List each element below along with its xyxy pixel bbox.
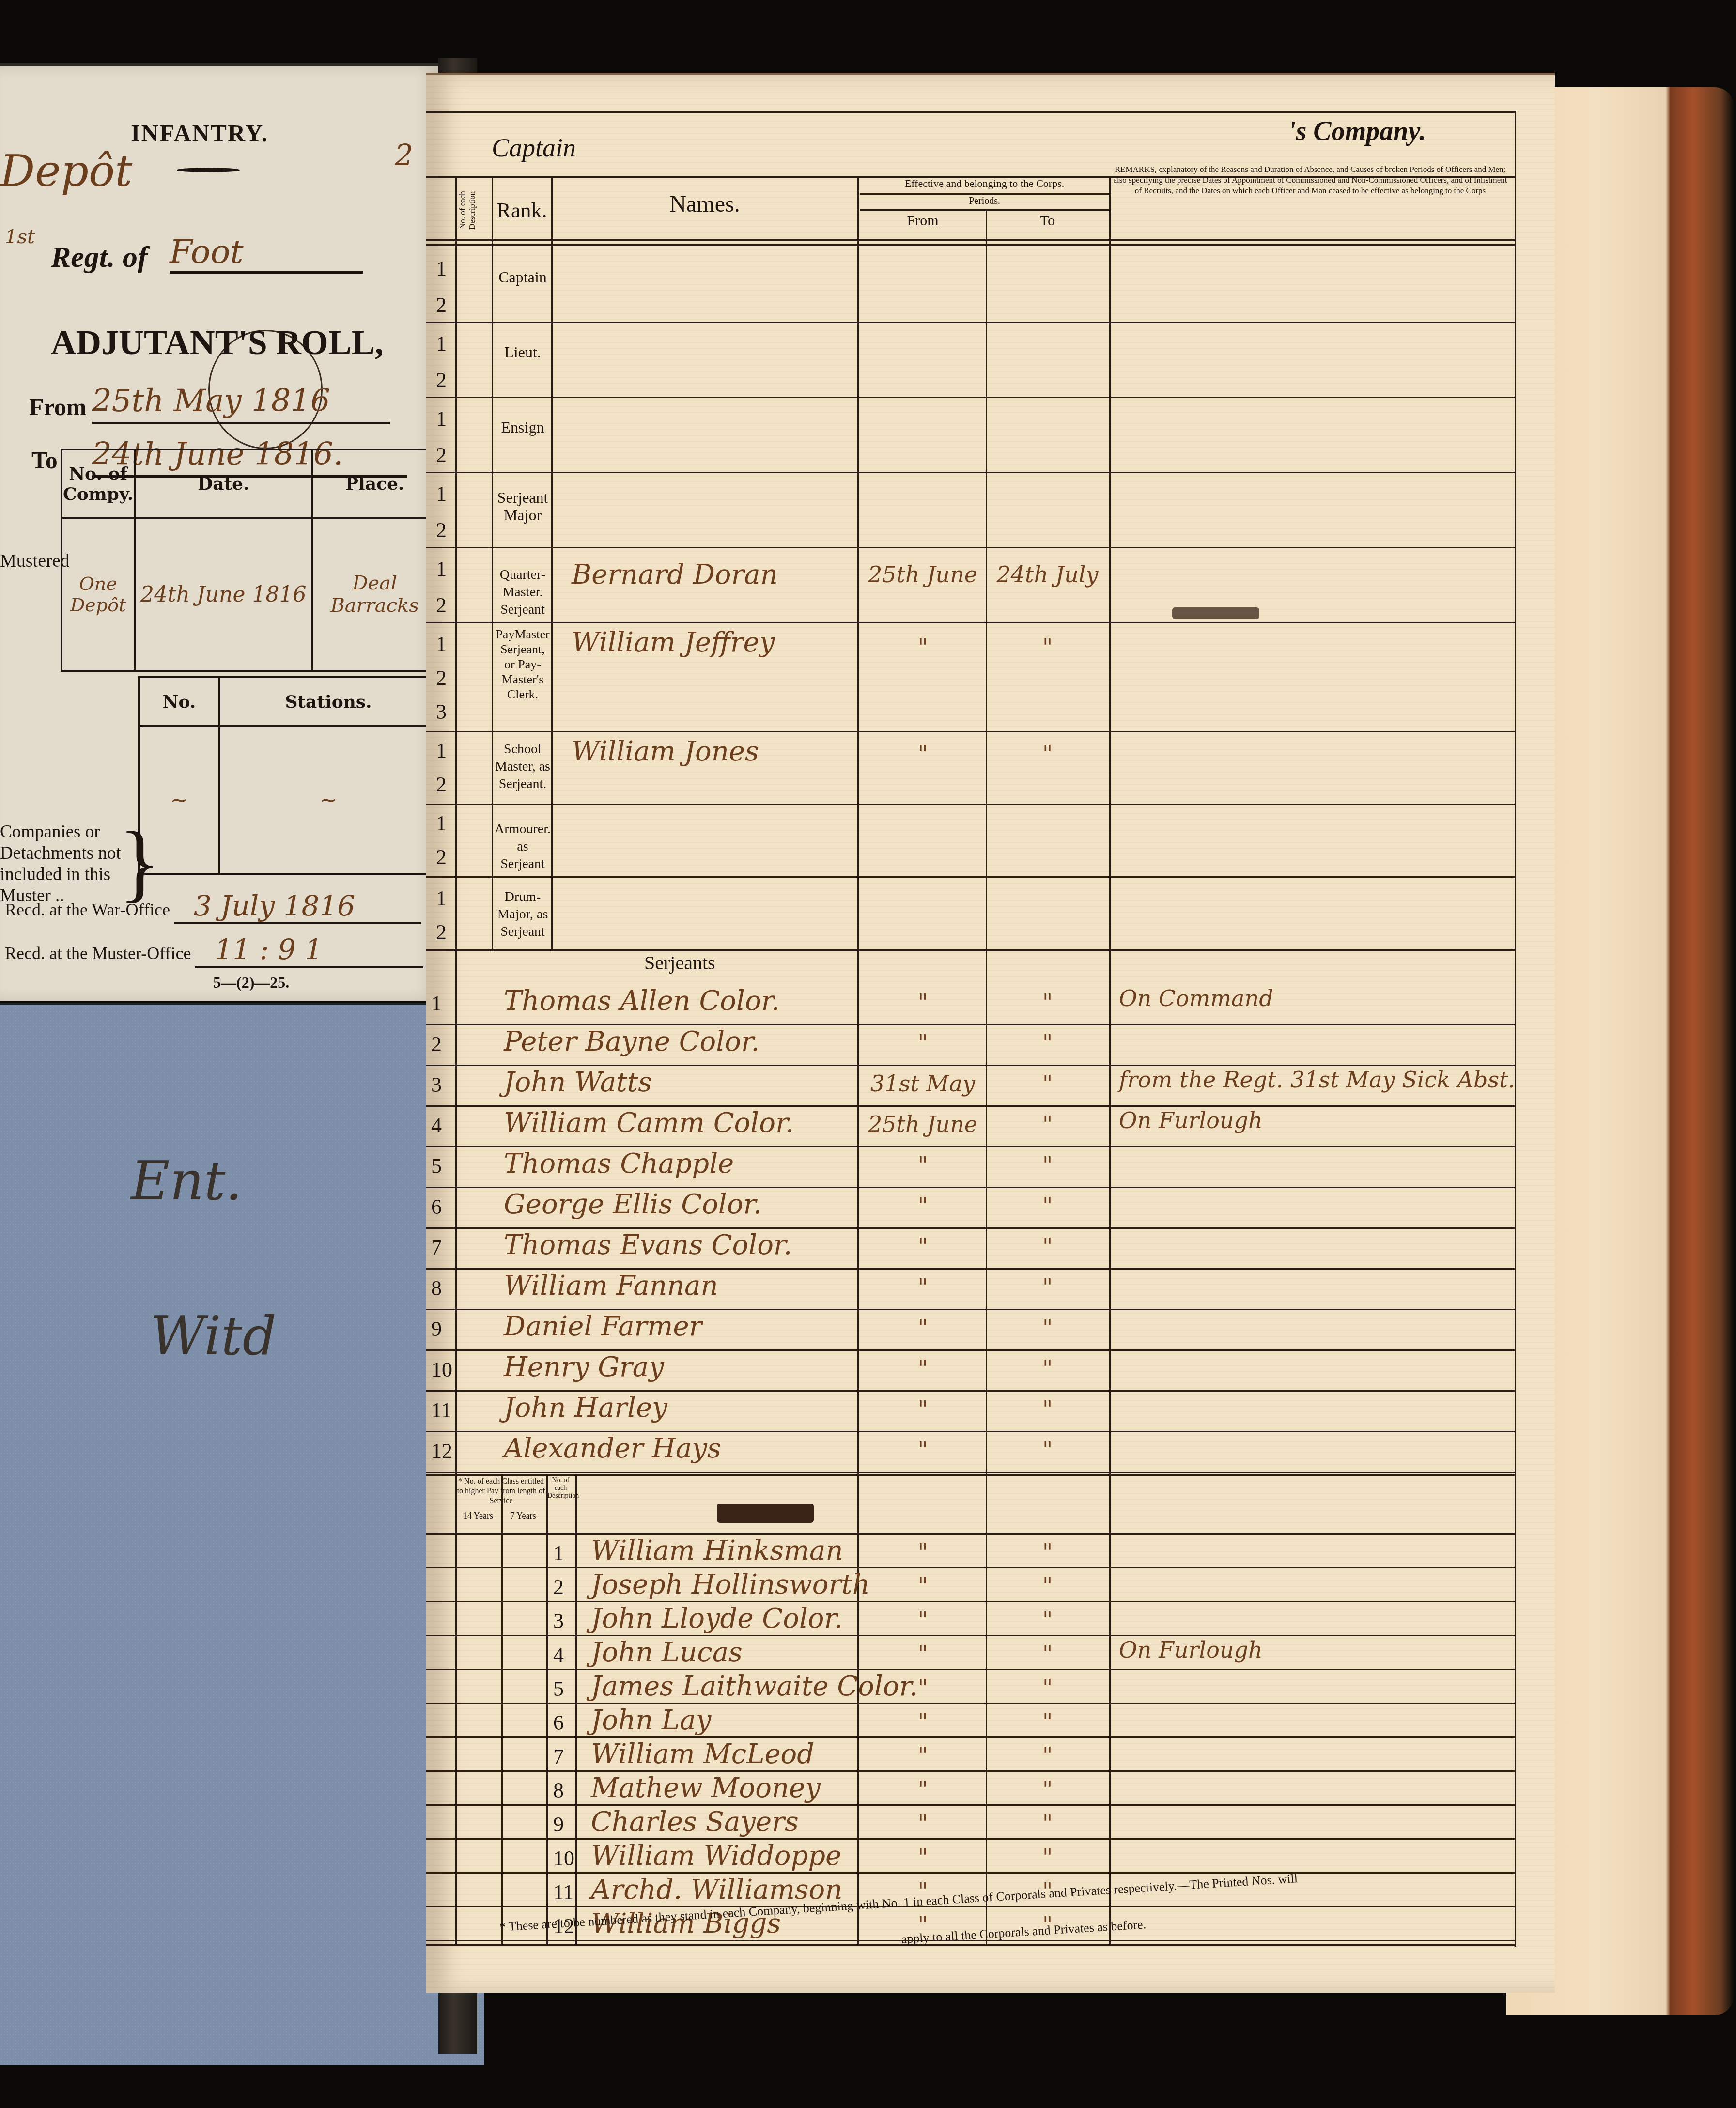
row-number: 4: [431, 1113, 442, 1138]
row-number: 12: [431, 1439, 452, 1463]
name-william-jones: William Jones: [572, 736, 759, 767]
regiment-number: 1st: [5, 226, 35, 248]
row-number: 1: [436, 331, 447, 356]
header-date: Date.: [135, 449, 312, 518]
header-stations: Stations.: [219, 677, 437, 726]
row-number: 6: [431, 1194, 442, 1219]
name-bernard-doran: Bernard Doran: [572, 559, 778, 590]
roll-row: 9Daniel Farmer"": [426, 1311, 1516, 1351]
regiment-value: Foot: [170, 233, 363, 274]
stations-table: No. Stations. ~ ~: [138, 676, 438, 875]
rule: [426, 622, 1516, 623]
row-number: 4: [553, 1643, 564, 1667]
header-no-each-description: No. of each Description: [547, 1477, 574, 1500]
to-date: ": [986, 1708, 1109, 1735]
rule: [426, 1390, 1516, 1392]
row-number: 11: [431, 1398, 451, 1423]
soldier-name: William Camm Color.: [504, 1107, 794, 1139]
from-date: ": [860, 1607, 986, 1633]
rule: [426, 1065, 1516, 1066]
to-date: 24th July: [986, 561, 1109, 588]
row-number: 1: [553, 1541, 564, 1565]
to-date: ": [986, 1233, 1109, 1259]
header-7-years: 7 Years: [501, 1511, 545, 1520]
depot-note: Depôt: [0, 146, 132, 197]
rule: [426, 949, 1516, 951]
from-date: ": [860, 989, 986, 1015]
regiment-label: Regt. of: [51, 240, 148, 275]
roll-row: 5James Laithwaite Color."": [426, 1671, 1516, 1705]
row-number: 2: [431, 1032, 442, 1056]
rank-ensign: Ensign: [494, 418, 551, 436]
rank-armourer: Armourer. as Serjeant: [494, 821, 551, 873]
row-number: 2: [436, 772, 447, 797]
header-place: Place.: [312, 449, 437, 518]
blue-note-ent: Ent.: [131, 1150, 242, 1212]
from-date-field: 25th May 1816: [92, 383, 390, 424]
roll-row: 9Charles Sayers"": [426, 1806, 1516, 1840]
from-date: ": [860, 1396, 986, 1422]
row-number: 6: [553, 1710, 564, 1735]
to-date: ": [986, 1539, 1109, 1565]
roll-row: 5Thomas Chapple"": [426, 1148, 1516, 1189]
rule: [426, 1349, 1516, 1351]
row-number: 3: [431, 1072, 442, 1097]
row-number: 9: [553, 1812, 564, 1837]
captain-label: Captain: [492, 133, 576, 163]
page-number: 2: [395, 139, 413, 172]
row-number: 1: [436, 406, 447, 431]
column-divider: [492, 176, 493, 951]
from-date: ": [860, 1641, 986, 1667]
company-roll-sheet: Captain 's Company. No. of each Descript…: [426, 73, 1555, 1993]
rank-quartermaster-serjeant: Quarter-Master. Serjeant: [494, 566, 551, 619]
from-date: ": [860, 1708, 986, 1735]
row-number: 2: [436, 443, 447, 467]
rule: [426, 111, 1516, 113]
from-date: ": [860, 1674, 986, 1701]
header-14-years: 14 Years: [456, 1511, 500, 1520]
header-to: To: [986, 213, 1109, 229]
from-date: ": [860, 1776, 986, 1802]
rule: [426, 731, 1516, 732]
from-date: ": [860, 741, 986, 767]
row-number: 2: [436, 518, 447, 542]
soldier-name: Mathew Mooney: [591, 1772, 821, 1804]
to-date: ": [986, 1641, 1109, 1667]
soldier-name: Peter Bayne Color.: [504, 1026, 759, 1057]
rank-captain: Captain: [494, 268, 551, 286]
to-date: ": [986, 1742, 1109, 1768]
rule: [426, 397, 1516, 398]
form-code: 5—(2)—25.: [213, 974, 289, 992]
row-number: 7: [431, 1235, 442, 1260]
to-date: ": [986, 1776, 1109, 1802]
header-no-of-each-description: No. of each Description: [458, 184, 487, 237]
from-date: ": [860, 1810, 986, 1836]
redacted-label: [717, 1503, 814, 1523]
row-number: 2: [436, 666, 447, 690]
to-date: ": [986, 1396, 1109, 1422]
rank-serjeant-major: Serjeant Major: [494, 489, 551, 524]
left-page: Depôt INFANTRY. 2 1st Regt. of Foot ADJU…: [0, 53, 446, 2063]
from-date: ": [860, 1315, 986, 1341]
rule: [426, 1472, 1516, 1473]
row-number: 2: [436, 593, 447, 618]
roll-row: 10William Widdoppe"": [426, 1840, 1516, 1874]
company-value: One Depôt: [62, 518, 135, 671]
rule: [426, 876, 1516, 878]
blue-cover-sheet: Ent. Witd: [0, 1003, 484, 2065]
from-date: ": [860, 1193, 986, 1219]
soldier-name: Daniel Farmer: [504, 1311, 702, 1342]
rank-paymaster-serjeant: PayMaster Serjeant, or Pay-Master's Cler…: [494, 627, 551, 702]
ornamental-rule: [177, 168, 240, 172]
column-divider: [551, 176, 553, 951]
rule: [426, 1804, 1516, 1806]
to-date: ": [986, 1030, 1109, 1056]
row-number: 11: [553, 1880, 573, 1905]
muster-date-value: 24th June 1816: [135, 518, 312, 671]
rule: [426, 472, 1516, 473]
soldier-name: Thomas Chapple: [504, 1148, 734, 1179]
row-number: 1: [436, 481, 447, 506]
from-date: 25th June: [860, 561, 986, 588]
from-date: ": [860, 1844, 986, 1870]
mustered-label: Mustered: [0, 550, 70, 572]
header-no: No.: [139, 677, 219, 726]
rule: [426, 1601, 1516, 1602]
rule: [426, 1669, 1516, 1670]
soldier-name: William Hinksman: [591, 1535, 843, 1566]
roll-row: 4John Lucas""On Furlough: [426, 1637, 1516, 1671]
rule: [426, 1838, 1516, 1840]
to-date: ": [986, 1070, 1109, 1097]
roll-row: 8William Fannan"": [426, 1270, 1516, 1311]
row-number: 8: [431, 1276, 442, 1301]
soldier-name: Henry Gray: [504, 1351, 664, 1383]
to-date: ": [986, 1573, 1109, 1599]
to-date: ": [986, 1810, 1109, 1836]
row-number: 5: [431, 1154, 442, 1178]
to-date: ": [986, 1274, 1109, 1300]
war-office-label: Recd. at the War-Office: [5, 900, 170, 919]
rank-drum-major: Drum-Major, as Serjeant: [494, 888, 551, 941]
soldier-name: John Watts: [504, 1067, 652, 1098]
ink-blot: [1172, 607, 1259, 619]
to-date: ": [986, 1315, 1109, 1341]
roll-row: 6John Lay"": [426, 1705, 1516, 1738]
rule: [426, 1533, 1516, 1534]
rule: [426, 1268, 1516, 1270]
rule: [426, 1105, 1516, 1107]
roll-row: 2Peter Bayne Color."": [426, 1026, 1516, 1067]
row-number: 7: [553, 1744, 564, 1769]
soldier-name: William McLeod: [591, 1738, 814, 1770]
to-date: ": [986, 634, 1109, 660]
rule: [426, 1146, 1516, 1147]
roll-row: 7Thomas Evans Color."": [426, 1229, 1516, 1270]
roll-row: 10Henry Gray"": [426, 1351, 1516, 1392]
row-number: 1: [436, 811, 447, 836]
rule: [426, 1431, 1516, 1432]
from-date: ": [860, 1437, 986, 1463]
muster-place-value: Deal Barracks: [312, 518, 437, 671]
soldier-name: Alexander Hays: [504, 1433, 721, 1464]
row-number: 10: [553, 1846, 574, 1871]
rule: [426, 1770, 1516, 1772]
roll-title: ADJUTANT'S ROLL,: [51, 323, 384, 363]
roll-row: 1Thomas Allen Color.""On Command: [426, 985, 1516, 1026]
remark: On Furlough: [1119, 1637, 1263, 1663]
remark: from the Regt. 31st May Sick Abst.: [1119, 1067, 1515, 1093]
roll-row: 6George Ellis Color."": [426, 1189, 1516, 1229]
soldier-name: William Widdoppe: [591, 1840, 841, 1872]
rule: [426, 1567, 1516, 1568]
from-date: ": [860, 1152, 986, 1178]
infantry-title: INFANTRY.: [131, 119, 268, 147]
muster-table: No. of Compy. Date. Place. One Depôt 24t…: [61, 449, 438, 672]
row-number: 2: [436, 920, 447, 945]
rule: [426, 1187, 1516, 1188]
stations-no-value: ~: [139, 726, 219, 874]
rule: [426, 1944, 1516, 1946]
right-page: Captain 's Company. No. of each Descript…: [426, 73, 1647, 2010]
to-date: ": [986, 1111, 1109, 1137]
muster-office-row: Recd. at the Muster-Office 11 : 9 1: [5, 933, 423, 968]
header-effective: Effective and belonging to the Corps.: [860, 177, 1109, 190]
from-date: ": [860, 1274, 986, 1300]
roll-row: 7William McLeod"": [426, 1738, 1516, 1772]
row-number: 2: [436, 845, 447, 869]
roll-row: 8Mathew Mooney"": [426, 1772, 1516, 1806]
rule: [426, 1227, 1516, 1229]
row-number: 1: [436, 738, 447, 763]
row-number: 10: [431, 1357, 452, 1382]
rule: [426, 322, 1516, 323]
rule: [426, 244, 1516, 246]
to-label: To: [31, 446, 58, 474]
from-date: ": [860, 634, 986, 660]
roll-row: 3John Watts31st May"from the Regt. 31st …: [426, 1067, 1516, 1107]
to-date: ": [986, 1193, 1109, 1219]
row-number: 9: [431, 1317, 442, 1341]
blue-note-witd: Witd: [150, 1305, 277, 1367]
roll-row: 3John Lloyde Color."": [426, 1603, 1516, 1637]
roll-row: 11John Harley"": [426, 1392, 1516, 1433]
rule: [426, 1872, 1516, 1874]
to-date: ": [986, 741, 1109, 767]
war-office-row: Recd. at the War-Office 3 July 1816: [5, 889, 421, 924]
from-label: From: [29, 393, 86, 421]
row-number: 3: [553, 1609, 564, 1633]
row-number: 1: [436, 256, 447, 281]
from-date: ": [860, 1233, 986, 1259]
rule: [426, 1474, 1516, 1476]
to-date: ": [986, 1674, 1109, 1701]
company-label: 's Company.: [1288, 116, 1426, 147]
rule: [426, 547, 1516, 548]
soldier-name: John Lloyde Color.: [591, 1603, 843, 1634]
to-date: ": [986, 1355, 1109, 1381]
roll-row: 4William Camm Color.25th June"On Furloug…: [426, 1107, 1516, 1148]
header-no-of-company: No. of Compy.: [62, 449, 135, 518]
rule: [860, 193, 1109, 195]
rule: [426, 1703, 1516, 1704]
soldier-name: John Lucas: [591, 1637, 743, 1668]
from-date: 31st May: [860, 1070, 986, 1097]
stations-value: ~: [219, 726, 437, 874]
rule: [426, 1736, 1516, 1738]
soldier-name: John Lay: [591, 1705, 711, 1736]
row-number: 5: [553, 1676, 564, 1701]
from-date: ": [860, 1030, 986, 1056]
from-date: 25th June: [860, 1111, 986, 1137]
rank-lieut: Lieut.: [494, 343, 551, 361]
header-rank: Rank.: [494, 198, 550, 223]
header-periods: Periods.: [860, 196, 1109, 207]
from-date: ": [860, 1742, 986, 1768]
remark: On Furlough: [1119, 1107, 1263, 1133]
row-number: 1: [436, 632, 447, 656]
rule: [860, 209, 1109, 211]
row-number: 2: [436, 293, 447, 317]
header-from: From: [860, 213, 986, 229]
from-date: ": [860, 1539, 986, 1565]
rule: [426, 1635, 1516, 1636]
header-names: Names.: [552, 191, 857, 217]
to-date: ": [986, 1607, 1109, 1633]
soldier-name: Archd. Williamson: [591, 1874, 842, 1906]
row-number: 1: [436, 886, 447, 911]
to-date: ": [986, 1152, 1109, 1178]
name-william-jeffrey: William Jeffrey: [572, 627, 775, 658]
rule: [426, 239, 1516, 241]
rule: [426, 804, 1516, 805]
roll-row: 1William Hinksman"": [426, 1535, 1516, 1569]
soldier-name: Charles Sayers: [591, 1806, 799, 1838]
row-number: 2: [553, 1575, 564, 1599]
soldier-name: Joseph Hollinsworth: [591, 1569, 870, 1600]
serjeants-header: Serjeants: [644, 951, 715, 974]
row-number: 3: [436, 699, 447, 724]
roll-row: 2Joseph Hollinsworth"": [426, 1569, 1516, 1603]
from-date: ": [860, 1355, 986, 1381]
rule: [426, 1906, 1516, 1907]
to-date: ": [986, 1844, 1109, 1870]
war-office-date: 3 July 1816: [174, 889, 421, 924]
row-number: 2: [436, 368, 447, 392]
rank-school-master: School Master, as Serjeant.: [494, 741, 551, 793]
row-number: 1: [436, 557, 447, 581]
to-date: ": [986, 989, 1109, 1015]
from-date: ": [860, 1573, 986, 1599]
row-number: 1: [431, 991, 442, 1016]
soldier-name: Thomas Evans Color.: [504, 1229, 792, 1261]
roll-row: 12Alexander Hays"": [426, 1433, 1516, 1473]
soldier-name: George Ellis Color.: [504, 1189, 762, 1220]
rule: [426, 1024, 1516, 1025]
adjutants-roll-cover-form: Depôt INFANTRY. 2 1st Regt. of Foot ADJU…: [0, 63, 441, 1001]
rule: [426, 1309, 1516, 1310]
muster-office-date: 11 : 9 1: [195, 933, 423, 968]
row-number: 8: [553, 1778, 564, 1803]
to-date: ": [986, 1437, 1109, 1463]
remark: On Command: [1119, 985, 1273, 1011]
muster-office-label: Recd. at the Muster-Office: [5, 944, 191, 963]
soldier-name: William Fannan: [504, 1270, 718, 1302]
soldier-name: Thomas Allen Color.: [504, 985, 780, 1017]
header-remarks: REMARKS, explanatory of the Reasons and …: [1112, 164, 1509, 196]
soldier-name: John Harley: [504, 1392, 667, 1424]
